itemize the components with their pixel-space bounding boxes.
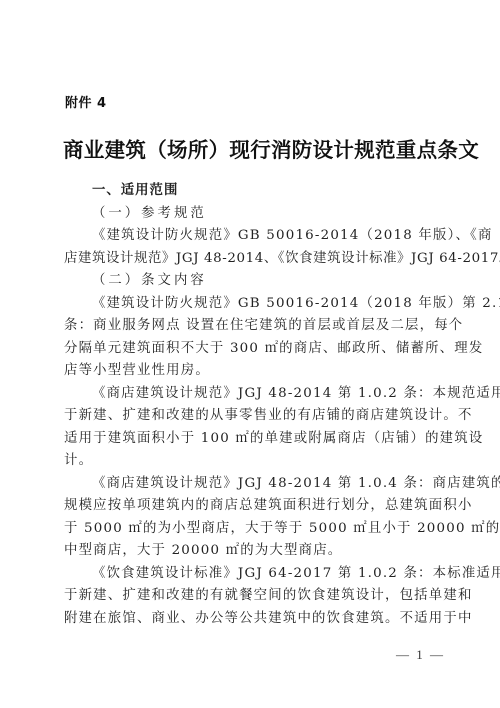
document-title: 商业建筑（场所）现行消防设计规范重点条文	[63, 133, 443, 163]
clause-paragraph-line: 《建筑设计防火规范》GB 50016-2014（2018 年版）第 2.1.4	[64, 293, 442, 316]
clause-paragraph-line: 中型商店，大于 20000 ㎡的为大型商店。	[64, 540, 442, 563]
clause-paragraph-line: 店等小型营业性用房。	[64, 360, 442, 383]
attachment-label: 附件 4	[65, 92, 107, 111]
subsection-heading-references: （一）参考规范	[64, 203, 442, 226]
clause-paragraph-line: 计。	[64, 450, 442, 473]
clause-paragraph-line: 《商店建筑设计规范》JGJ 48-2014 第 1.0.2 条：本规范适用	[64, 383, 442, 406]
section-heading-scope: 一、适用范围	[64, 180, 442, 203]
references-line: 《建筑设计防火规范》GB 50016-2014（2018 年版）、《商	[64, 225, 442, 248]
clause-paragraph-line: 于 5000 ㎡的为小型商店，大于等于 5000 ㎡且小于 20000 ㎡的为	[64, 518, 442, 541]
clause-paragraph-line: 附建在旅馆、商业、办公等公共建筑中的饮食建筑。不适用于中	[64, 608, 442, 631]
clause-paragraph-line: 于新建、扩建和改建的有就餐空间的饮食建筑设计，包括单建和	[64, 585, 442, 608]
clause-paragraph-line: 适用于建筑面积小于 100 ㎡的单建或附属商店（店铺）的建筑设	[64, 428, 442, 451]
clause-paragraph-line: 《商店建筑设计规范》JGJ 48-2014 第 1.0.4 条：商店建筑的	[64, 473, 442, 496]
clause-paragraph-line: 《饮食建筑设计标准》JGJ 64-2017 第 1.0.2 条：本标准适用	[64, 563, 442, 586]
clause-paragraph-line: 分隔单元建筑面积不大于 300 ㎡的商店、邮政所、储蓄所、理发	[64, 338, 442, 361]
document-body: 一、适用范围 （一）参考规范 《建筑设计防火规范》GB 50016-2014（2…	[64, 180, 442, 630]
clause-paragraph-line: 规模应按单项建筑内的商店总建筑面积进行划分，总建筑面积小	[64, 495, 442, 518]
subsection-heading-clauses: （二）条文内容	[64, 270, 442, 293]
references-line: 店建筑设计规范》JGJ 48-2014、《饮食建筑设计标准》JGJ 64-201…	[64, 248, 442, 271]
document-page: 附件 4 商业建筑（场所）现行消防设计规范重点条文 一、适用范围 （一）参考规范…	[0, 0, 500, 708]
clause-paragraph-line: 于新建、扩建和改建的从事零售业的有店铺的商店建筑设计。不	[64, 405, 442, 428]
clause-paragraph-line: 条：商业服务网点 设置在住宅建筑的首层或首层及二层，每个	[64, 315, 442, 338]
page-number: — 1 —	[396, 647, 445, 663]
